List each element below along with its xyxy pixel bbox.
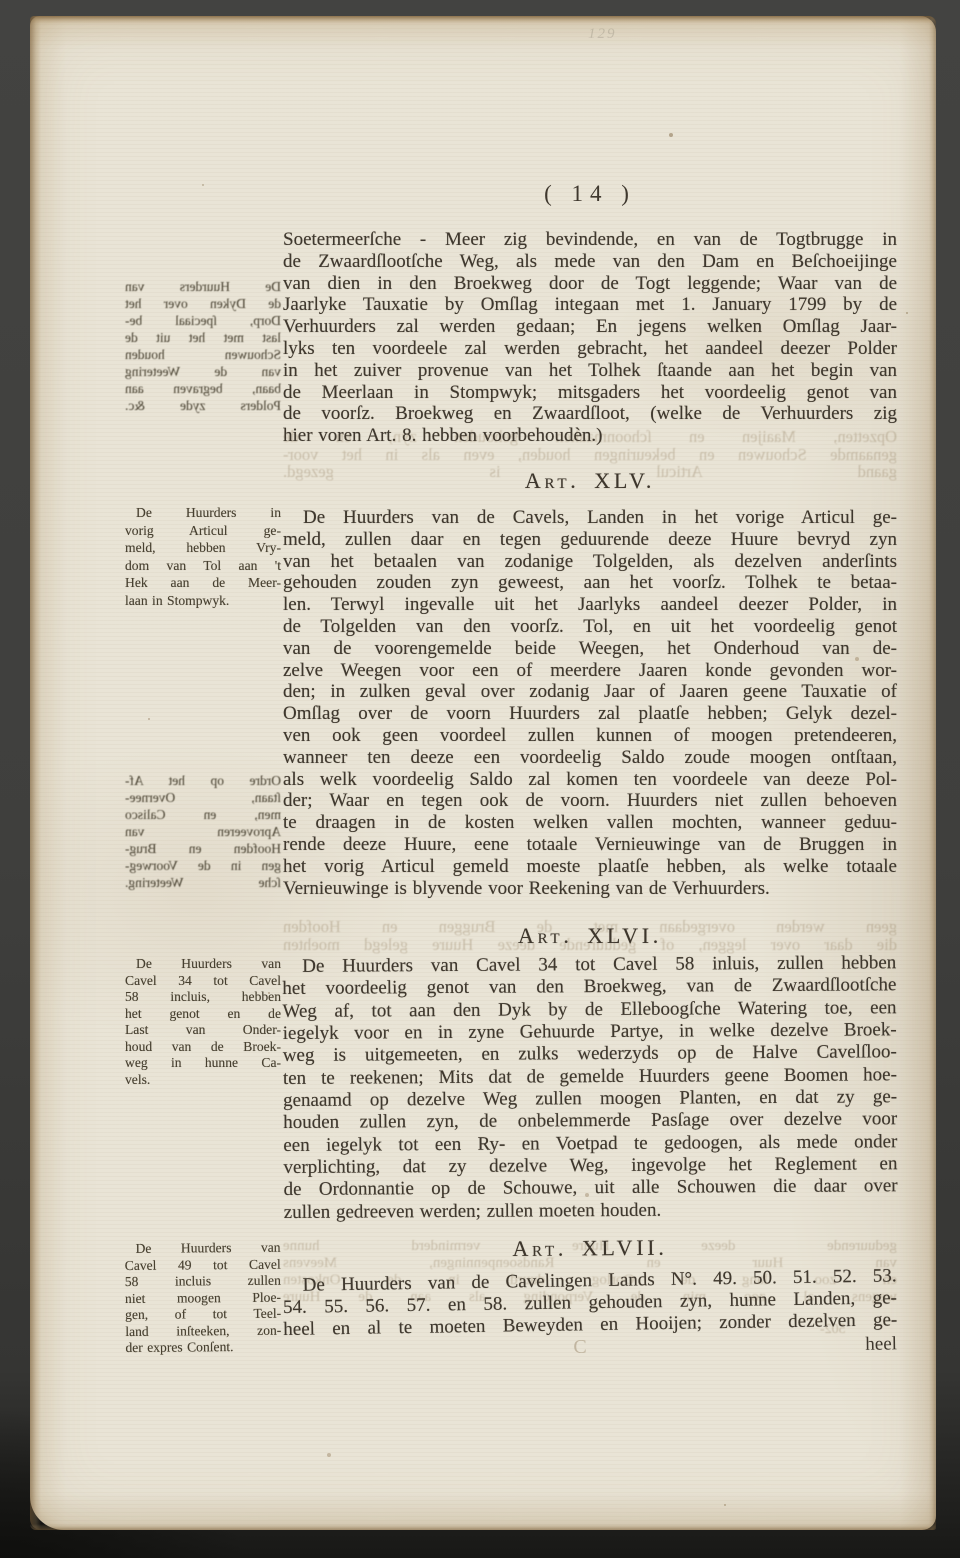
paragraph-art-xlvii: De Huurders van de Cavelingen Lands N°. … <box>282 1265 897 1340</box>
text-line: het genot en de <box>125 1006 281 1023</box>
text-line: Last van Onder- <box>125 1022 281 1039</box>
margin-note-art-xlvii: De Huurders vanCavel 49 tot Cavel58 incl… <box>124 1240 281 1357</box>
article-heading-xlv: Art. XLV. <box>283 468 897 494</box>
text-line: vorig Articul ge- <box>125 522 281 540</box>
foxing-specks <box>30 16 32 18</box>
page-paper: 129 De Huurders vande Dyken over hetDorp… <box>30 16 936 1530</box>
text-line: hier voren Art. 8. hebben voorbehoudèn.) <box>283 425 897 447</box>
text-line: de Ordonnantie op de Schouwe, uit alle S… <box>284 1176 898 1202</box>
text-line: het voordeelig genot van den Broekweg, v… <box>282 975 896 1001</box>
text-line: houd van de Broek- <box>125 1039 281 1056</box>
text-line: land inſteeken, zon- <box>125 1322 281 1340</box>
handwritten-folio-number: 129 <box>588 26 617 43</box>
text-line: de Zwaardſlootſche Weg, als mede van den… <box>283 251 897 273</box>
paragraph-art-xlvi: De Huurders van Cavel 34 tot Cavel 58 in… <box>282 952 898 1224</box>
text-line: meld, hebben Vry- <box>125 539 281 557</box>
text-line: ſche Weetering. <box>125 874 281 891</box>
text-line: De Huurders van de Cavels, Landen in het… <box>283 507 897 529</box>
text-line: van het betaalen van zodanige Tolgelden,… <box>283 551 897 573</box>
scan-background: { "document": { "page_number_display": "… <box>0 0 960 1558</box>
text-line: gen in de Voorweg- <box>125 857 281 874</box>
text-line: Jaarlyke Tauxatie by Omſlag integaan met… <box>283 294 897 316</box>
text-line: Schouwen houden <box>125 346 281 363</box>
text-line: De Huurders van <box>125 956 281 973</box>
text-line: Hek aan de Meer- <box>125 574 281 592</box>
text-line: weg in hunne Ca- <box>125 1055 281 1072</box>
text-line: de Meerlaan in Stompwyk; mitsgaders het … <box>283 382 897 404</box>
text-line: last met het uit de <box>125 329 281 346</box>
text-line: zelve Weegen voor een of meerdere Jaaren… <box>283 660 897 682</box>
text-line: de voorſz. Broekweg en Zwaardſloot, (wel… <box>283 403 897 425</box>
text-line: 58 incluis, hebben <box>125 989 281 1006</box>
text-line: laan in Stompwyk. <box>125 592 281 610</box>
text-line: De Huurders van <box>125 278 281 295</box>
paragraph-intro: Soetermeerſche - Meer zig bevindende, en… <box>283 229 897 447</box>
page-number: ( 14 ) <box>283 181 897 207</box>
text-line: rende deeze Huure, eene totaale Vernieuw… <box>283 834 897 856</box>
text-line: der expres Conſent. <box>125 1339 281 1357</box>
text-line: van dien in den Broekweg door de Togt le… <box>283 273 897 295</box>
text-line: het vorig Articul gemeld moeste plaatſe … <box>283 856 897 878</box>
text-line: Vernieuwinge is blyvende voor Reekening … <box>283 878 897 900</box>
paper-edge-bottom <box>30 1524 936 1530</box>
ghost-text-margin-top: De Huurders vande Dyken over hetDorp, ſp… <box>125 278 281 414</box>
text-line: in het zuiver provenue van het Tolhek ſt… <box>283 360 897 382</box>
text-line: Ordre op het Af- <box>125 772 281 789</box>
text-line: Dorp, ſpeciaal be- <box>125 312 281 329</box>
text-line: lyks ten voordeele zal werden gebracht, … <box>283 338 897 360</box>
paper-edge-right <box>929 16 936 1530</box>
text-line: ſtaan, Overnee- <box>125 789 281 806</box>
ghost-text-margin-mid: Ordre op het Af-ſtaan, Overnee-men, en C… <box>125 772 281 891</box>
text-line: De Huurders van <box>124 1240 280 1258</box>
text-line: de Tolgelden van den voorſz. Tol, en uit… <box>283 616 897 638</box>
text-line: genaamde Schouwen en bekeuringen houden,… <box>283 446 897 464</box>
text-line: Hoofden en Brug- <box>125 840 281 857</box>
text-line: 58 incluis zullen <box>125 1273 281 1291</box>
text-line: Omſlag over de voorn Huurders zal plaatſ… <box>283 703 897 725</box>
margin-note-art-xlv: De Huurders invorig Articul ge-meld, heb… <box>125 504 281 610</box>
text-line: men, en Calisco <box>125 806 281 823</box>
text-line: zullen gedreeven werden; zullen moeten h… <box>284 1198 898 1224</box>
text-line: gehouden zouden zyn geweest, aan het voo… <box>283 572 897 594</box>
text-line: de Dyken over het <box>125 295 281 312</box>
text-line: ven ook geen voordeel zullen kunnen of m… <box>283 725 897 747</box>
text-line: baan, begraven aan <box>125 380 281 397</box>
text-line: Verhuurders zal werden gedaan; En jegens… <box>283 316 897 338</box>
text-line: den; in zulken geval over zodanig Jaar o… <box>283 681 897 703</box>
text-line: Cavel 49 tot Cavel <box>125 1256 281 1274</box>
margin-note-art-xlvi: De Huurders vanCavel 34 tot Cavel58 incl… <box>125 956 281 1088</box>
article-heading-xlvii: Art. XLVII. <box>283 1233 897 1264</box>
text-line: te draagen in de kosten welken vallen mo… <box>283 812 897 834</box>
article-heading-xlvi: Art. XLVI. <box>283 923 897 949</box>
paper-edge-top <box>30 16 936 24</box>
text-line: als welk voordeelig Saldo zal komen ten … <box>283 769 897 791</box>
text-line: van de Weetering <box>125 363 281 380</box>
text-line: Cavel 34 tot Cavel <box>125 973 281 990</box>
text-line: niet moogen Ploe- <box>125 1289 281 1307</box>
text-line: Aproveeren van <box>125 823 281 840</box>
text-line: der; Waar en tegen ook de voorn. Huurder… <box>283 790 897 812</box>
text-line: van de voorengemelde beide Weegen, het O… <box>283 638 897 660</box>
text-line: Polders zyde &c. <box>125 397 281 414</box>
text-line: meld, zullen daar en tegen geduurende de… <box>283 529 897 551</box>
paper-edge-left <box>30 16 41 1530</box>
text-line: De Huurders in <box>125 504 281 522</box>
text-line: gen, of tot Teel- <box>125 1306 281 1324</box>
text-line: Soetermeerſche - Meer zig bevindende, en… <box>283 229 897 251</box>
text-line: dom van Tol aan 't <box>125 557 281 575</box>
text-line: wanneer ten deeze een voordeelig Saldo z… <box>283 747 897 769</box>
text-line: len. Terwyl ingevalle uit het Jaarlyks a… <box>283 594 897 616</box>
paragraph-art-xlv: De Huurders van de Cavels, Landen in het… <box>283 507 897 899</box>
text-line: vels. <box>125 1072 281 1089</box>
